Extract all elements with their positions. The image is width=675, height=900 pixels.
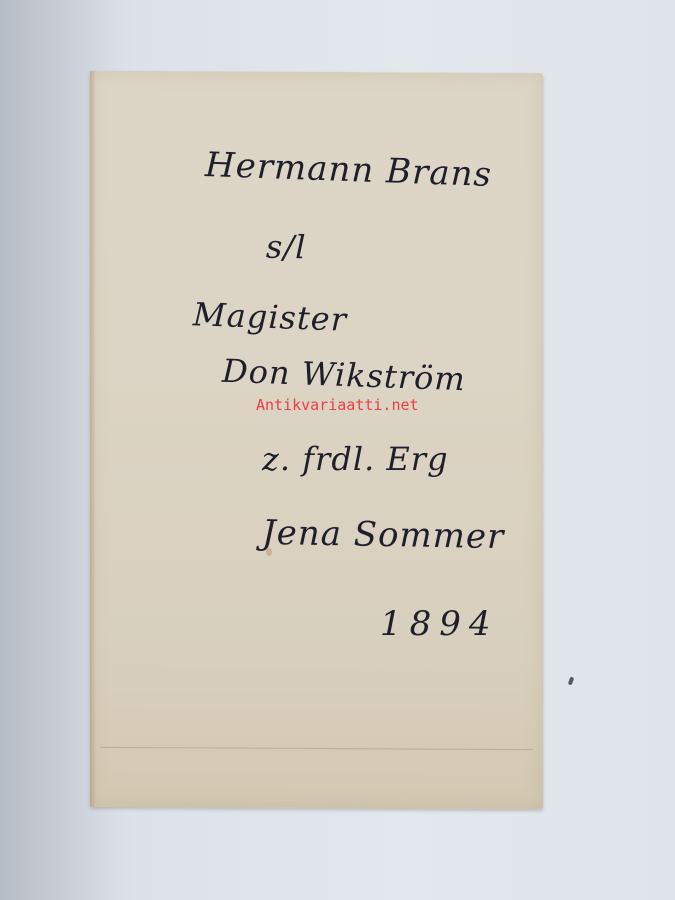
card-fold-line bbox=[100, 747, 533, 750]
card-edge bbox=[90, 71, 96, 807]
watermark-text: Antikvariaatti.net bbox=[256, 396, 419, 414]
inscription-line-abbrev: s/l bbox=[266, 228, 307, 267]
inscription-line-year: 1894 bbox=[380, 604, 499, 644]
inscription-line-dedication: z. frdl. Erg bbox=[262, 440, 449, 478]
paper-stain bbox=[266, 548, 272, 556]
inscription-line-title: Magister bbox=[192, 295, 347, 338]
inscription-line-place: Jena Sommer bbox=[262, 513, 505, 557]
dust-speck bbox=[568, 677, 574, 686]
